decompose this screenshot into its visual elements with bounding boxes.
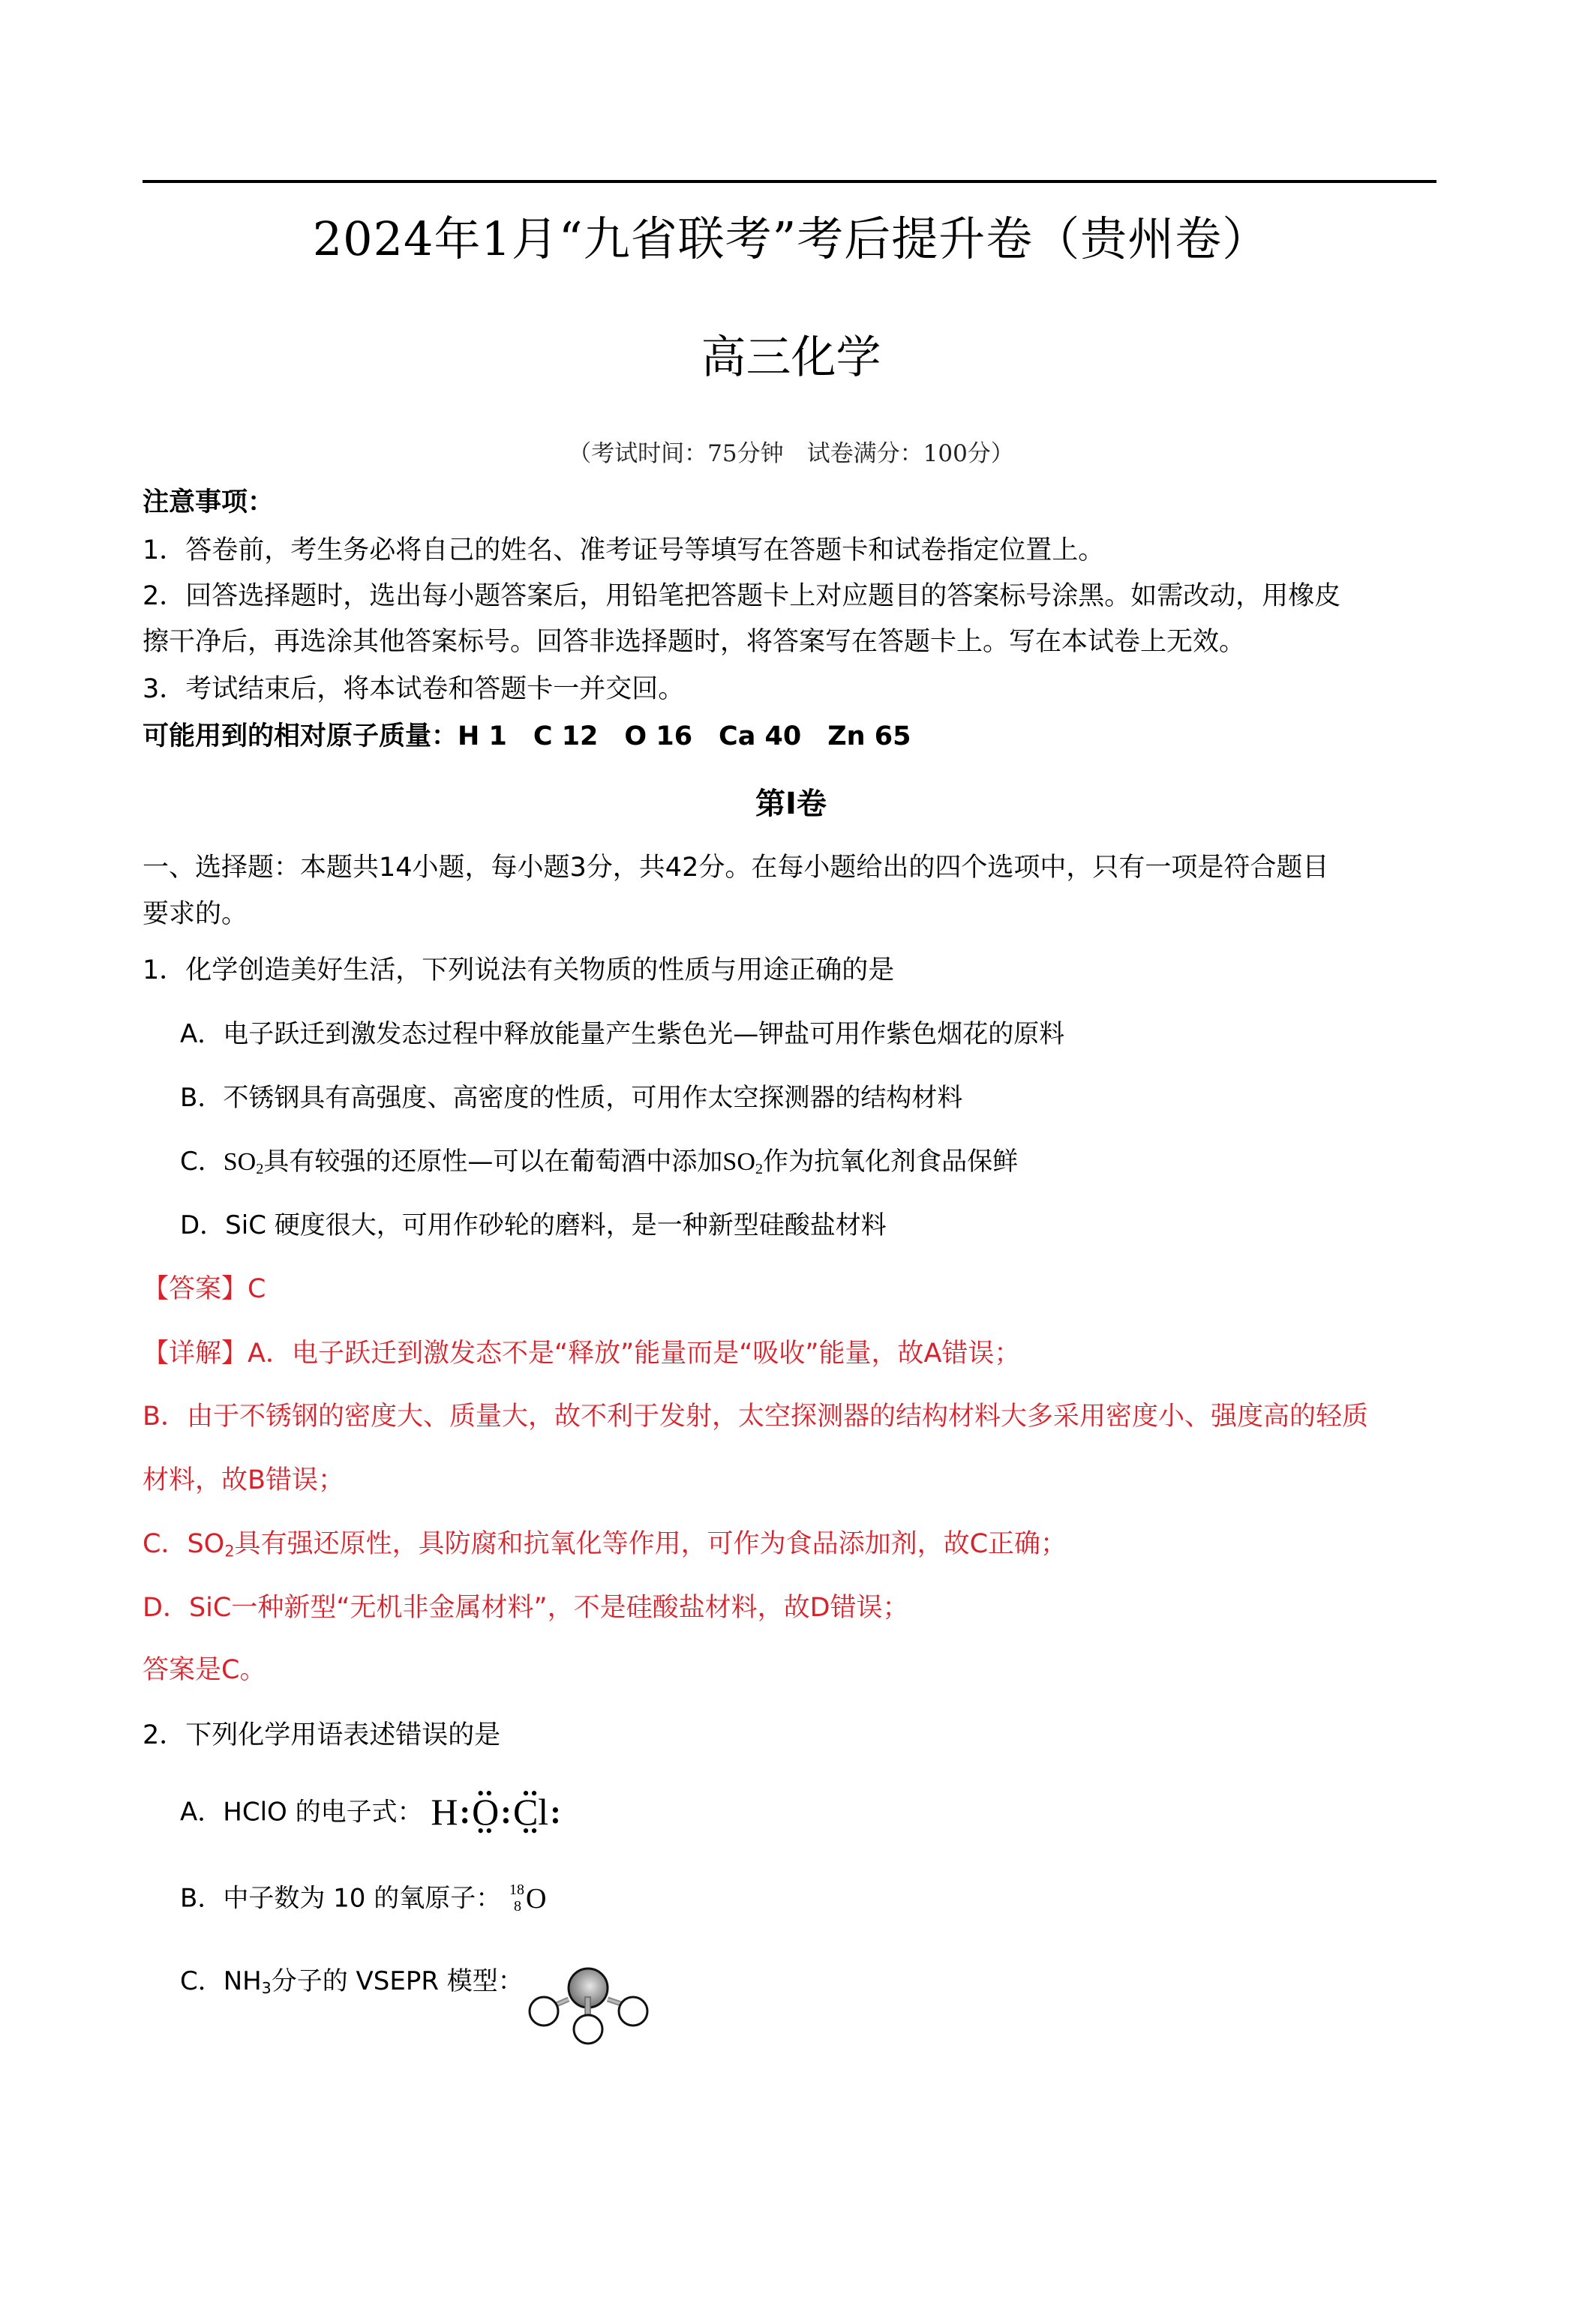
bond-pair: :	[460, 1795, 471, 1830]
notice-heading: 注意事项：	[143, 490, 274, 516]
bond-pair: :	[500, 1795, 512, 1830]
lone-pair-bottom: ••	[477, 1822, 494, 1841]
q1-answer: 【答案】C	[143, 1276, 266, 1303]
q1-explanation-a: 【详解】A．电子跃迁到激发态不是“释放”能量而是“吸收”能量，故A错误；	[143, 1341, 1020, 1367]
so2-formula: SO2	[224, 1148, 264, 1176]
so2-symbol: SO	[224, 1148, 256, 1176]
q1-option-b: B．不锈钢具有高强度、高密度的性质，可用作太空探测器的结构材料	[180, 1085, 962, 1111]
exam-info: （考试时间：75分钟 试卷满分：100分）	[0, 442, 1582, 466]
element-symbol: O	[526, 1883, 546, 1915]
q2-option-c: C．NH3分子的 VSEPR 模型：	[180, 1969, 524, 1994]
so2-subscript: 2	[256, 1161, 263, 1177]
notice-item-2: 2．回答选择题时，选出每小题答案后，用铅笔把答题卡上对应题目的答案标号涂黑。如需…	[143, 583, 1340, 610]
q2-option-a-text: A．HClO 的电子式：	[180, 1798, 423, 1828]
notice-item-3: 3．考试结束后，将本试卷和答题卡一并交回。	[143, 676, 684, 703]
q2-option-c-prefix: C．NH	[180, 1966, 262, 1996]
lone-pair-right: :	[550, 1795, 561, 1830]
q1-option-c-end: 作为抗氧化剂食品保鲜	[763, 1147, 1018, 1177]
explanation-c-text: 具有强还原性，具防腐和抗氧化等作用，可作为食品添加剂，故C正确；	[235, 1529, 1067, 1559]
so2-symbol: SO	[722, 1148, 755, 1176]
q1-option-c-prefix: C．	[180, 1147, 224, 1177]
hclo-electron-formula: H:••O••:••Cl••:	[431, 1795, 562, 1830]
notice-item-1: 1．答卷前，考生务必将自己的姓名、准考证号等填写在答题卡和试卷指定位置上。	[143, 538, 1104, 564]
subject-title: 高三化学	[0, 335, 1582, 380]
q1-explanation-d: D．SiC一种新型“无机非金属材料”，不是硅酸盐材料，故D错误；	[143, 1595, 909, 1621]
q2-option-b: B．中子数为 10 的氧原子： 18 8 O	[180, 1881, 546, 1915]
lone-pair-top: ••	[522, 1784, 539, 1804]
atomic-mass: 可能用到的相对原子质量：H 1 C 12 O 16 Ca 40 Zn 65	[143, 724, 911, 750]
atomic-number: 8	[514, 1890, 521, 1923]
so2-subscript: 2	[224, 1542, 234, 1560]
q2-option-c-text: 分子的 VSEPR 模型：	[272, 1966, 524, 1996]
so2-subscript: 2	[755, 1161, 763, 1177]
q1-option-c: C．SO2具有较强的还原性—可以在葡萄酒中添加SO2作为抗氧化剂食品保鲜	[180, 1149, 1018, 1175]
q1-option-c-mid: 具有较强的还原性—可以在葡萄酒中添加	[263, 1147, 722, 1177]
atom-cl: ••Cl••	[513, 1795, 548, 1829]
section-heading-cont: 要求的。	[143, 901, 248, 928]
q1-explanation-b: B．由于不锈钢的密度大、质量大，故不利于发射，太空探测器的结构材料大多采用密度小…	[143, 1404, 1368, 1430]
so2-formula: SO2	[722, 1148, 763, 1176]
q1-stem: 1．化学创造美好生活，下列说法有关物质的性质与用途正确的是	[143, 958, 894, 984]
q1-conclusion: 答案是C。	[143, 1657, 266, 1684]
lone-pair-bottom: ••	[522, 1822, 539, 1841]
notice-item-2-cont: 擦干净后，再选涂其他答案标号。回答非选择题时，将答案写在答题卡上。写在本试卷上无…	[143, 629, 1245, 655]
header-rule	[143, 180, 1436, 183]
explanation-a-text: A．电子跃迁到激发态不是“释放”能量而是“吸收”能量，故A错误；	[248, 1339, 1020, 1369]
q2-option-b-text: B．中子数为 10 的氧原子：	[180, 1884, 501, 1914]
oxygen-18-isotope: 18 8 O	[509, 1882, 546, 1915]
section-heading: 一、选择题：本题共14小题，每小题3分，共42分。在每小题给出的四个选项中，只有…	[143, 855, 1328, 881]
q1-explanation-c: C．SO2具有强还原性，具防腐和抗氧化等作用，可作为食品添加剂，故C正确；	[143, 1531, 1067, 1558]
page-title: 2024年1月“九省联考”考后提升卷（贵州卷）	[0, 216, 1582, 262]
explanation-c-prefix: C．SO	[143, 1529, 224, 1559]
part-title: 第I卷	[0, 789, 1582, 819]
lone-pair-top: ••	[477, 1784, 494, 1804]
atom-o: ••O••	[472, 1795, 499, 1829]
q1-option-d: D．SiC 硬度很大，可用作砂轮的磨料，是一种新型硅酸盐材料	[180, 1213, 887, 1238]
nh3-vsepr-model-icon	[525, 1956, 660, 2046]
q2-stem: 2．下列化学用语表述错误的是	[143, 1723, 500, 1749]
q1-explanation-b-cont: 材料，故B错误；	[143, 1468, 344, 1494]
explanation-label: 【详解】	[143, 1339, 248, 1369]
atom-h: H	[431, 1795, 458, 1829]
q2-option-a: A．HClO 的电子式： H:••O••:••Cl••:	[180, 1794, 563, 1830]
q1-option-a: A．电子跃迁到激发态过程中释放能量产生紫色光—钾盐可用作紫色烟花的原料	[180, 1021, 1064, 1047]
nh3-subscript: 3	[262, 1979, 272, 1997]
